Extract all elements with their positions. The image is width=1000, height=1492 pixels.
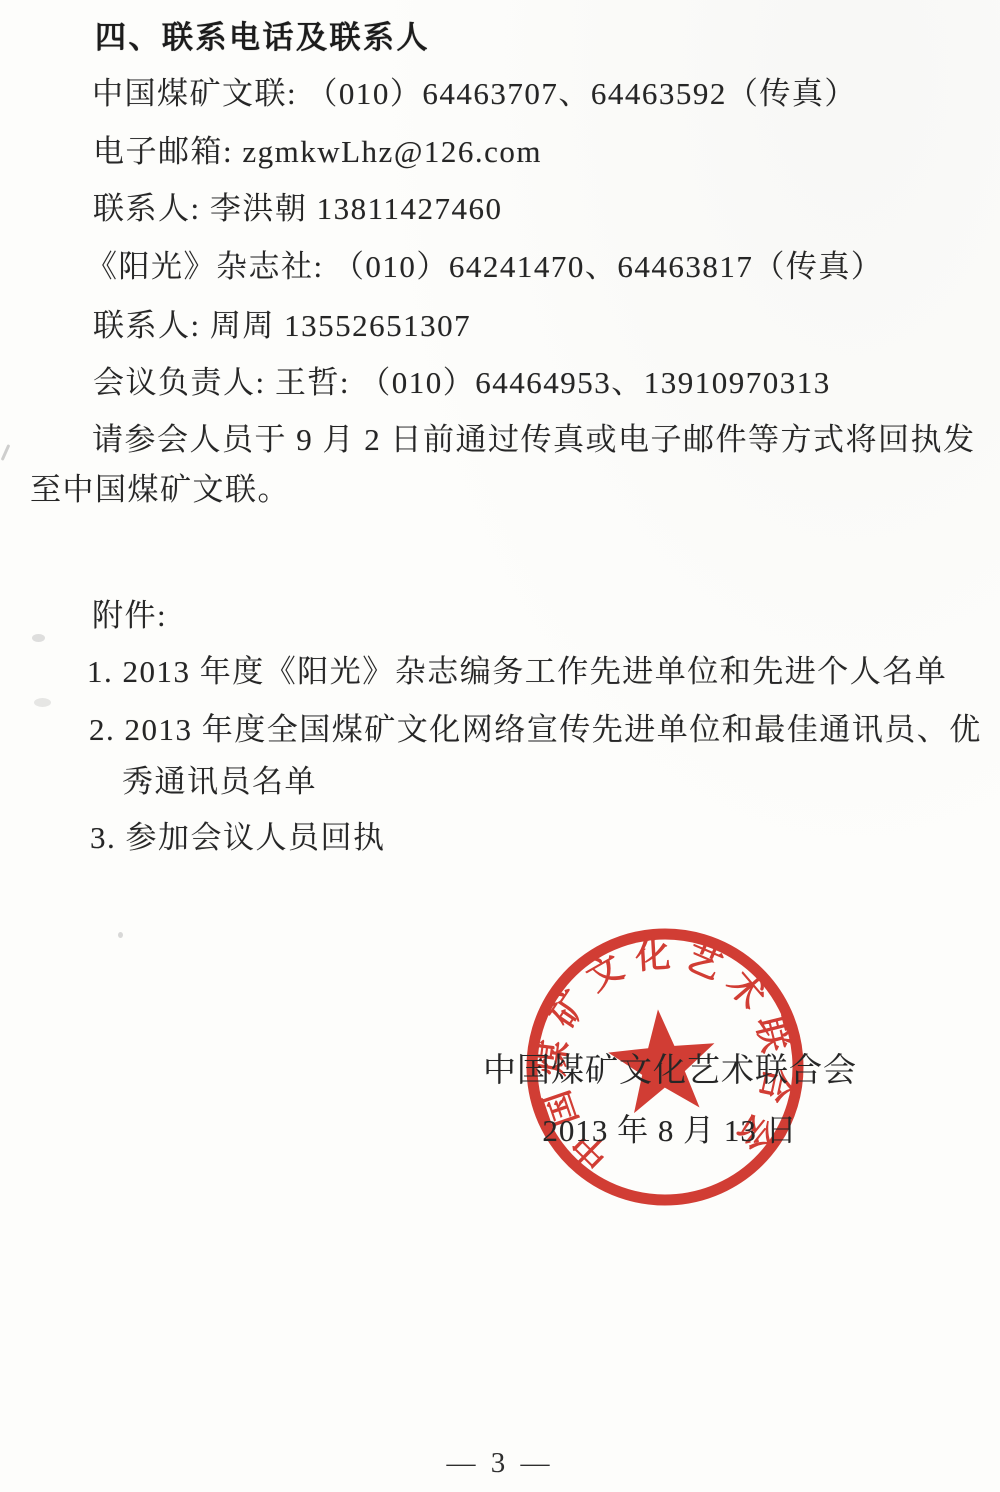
attachments-label: 附件:: [92, 590, 167, 635]
note-line-2: 至中国煤矿文联。: [30, 464, 290, 509]
contact-line-person-zhou: 联系人: 周周 13552651307: [93, 300, 471, 345]
page-number: — 3 —: [0, 1447, 1000, 1480]
contact-line-meeting-lead: 会议负责人: 王哲: （010）64464953、13910970313: [93, 357, 831, 402]
attachment-item-1: 1. 2013 年度《阳光》杂志编务工作先进单位和先进个人名单: [87, 646, 947, 691]
scan-artifact: [1, 444, 11, 461]
contact-line-magazine-phone: 《阳光》杂志社: （010）64241470、64463817（传真）: [86, 241, 883, 286]
section-heading: 四、联系电话及联系人: [95, 12, 430, 57]
contact-line-email: 电子邮箱: zgmkwLhz@126.com: [93, 126, 542, 171]
attachment-item-3: 3. 参加会议人员回执: [90, 812, 386, 857]
note-line-1: 请参会人员于 9 月 2 日前通过传真或电子邮件等方式将回执发: [92, 414, 976, 459]
scan-artifact: [34, 698, 51, 707]
attachment-item-2: 2. 2013 年度全国煤矿文化网络宣传先进单位和最佳通讯员、优: [89, 704, 982, 749]
contact-line-wenlian-phone: 中国煤矿文联: （010）64463707、64463592（传真）: [92, 68, 857, 113]
signature-date: 2013 年 8 月 13 日: [450, 1105, 890, 1150]
scanned-document-page: 四、联系电话及联系人 中国煤矿文联: （010）64463707、6446359…: [0, 0, 1000, 1492]
scan-artifact: [32, 634, 45, 642]
attachment-item-2-continued: 秀通讯员名单: [122, 756, 317, 801]
contact-line-person-li: 联系人: 李洪朝 13811427460: [93, 183, 502, 228]
signature-organization: 中国煤矿文化艺术联合会: [450, 1044, 890, 1091]
scan-artifact: [118, 932, 123, 938]
